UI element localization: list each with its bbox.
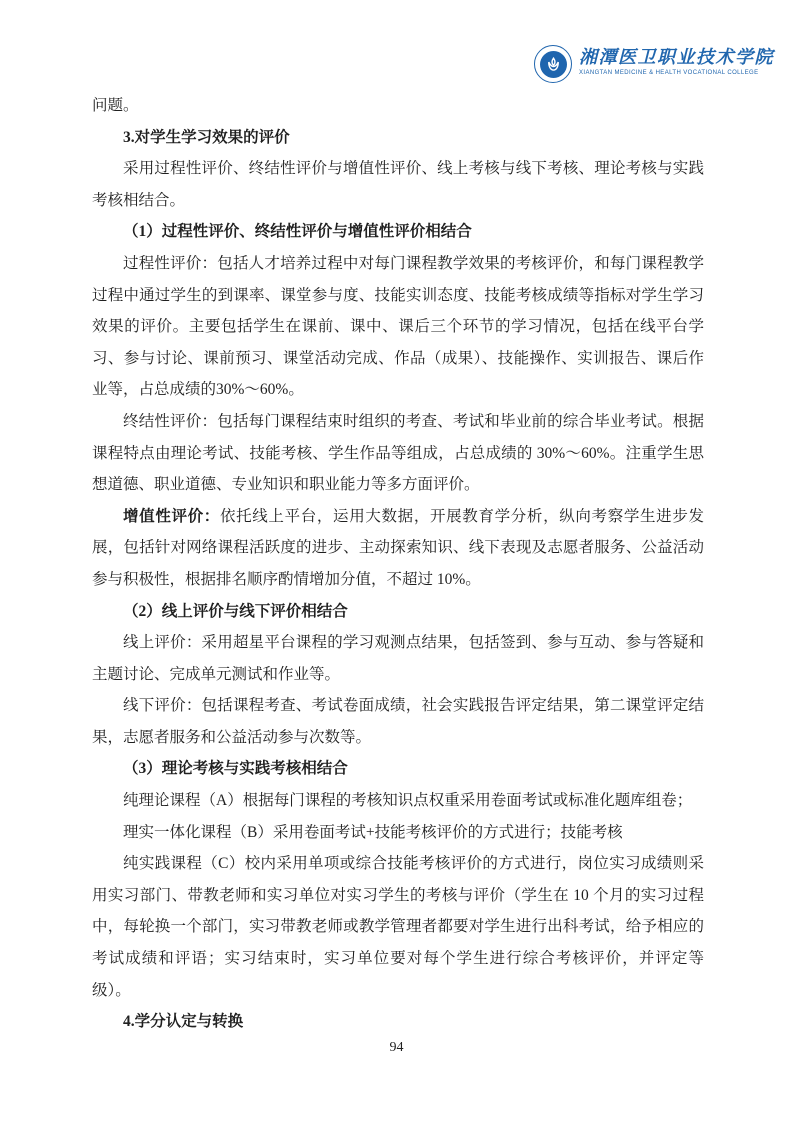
section-heading: （2）线上评价与线下评价相结合 — [92, 596, 704, 628]
page-footer: 94 — [0, 1038, 793, 1056]
college-logo: 湘潭医卫职业技术学院 XIANGTAN MEDICINE & HEALTH VO… — [534, 45, 774, 83]
paragraph: 采用过程性评价、终结性评价与增值性评价、线上考核与线下考核、理论考核与实践考核相… — [92, 153, 704, 216]
section-heading: （1）过程性评价、终结性评价与增值性评价相结合 — [92, 216, 704, 248]
college-name-block: 湘潭医卫职业技术学院 XIANGTAN MEDICINE & HEALTH VO… — [579, 45, 774, 77]
college-name-zh: 湘潭医卫职业技术学院 — [579, 45, 774, 69]
lotus-emblem-icon — [540, 51, 567, 78]
paragraph: 问题。 — [92, 90, 704, 122]
section-heading: 4.学分认定与转换 — [92, 1006, 704, 1038]
college-name-en: XIANGTAN MEDICINE & HEALTH VOCATIONAL CO… — [579, 69, 774, 77]
page-number: 94 — [390, 1040, 404, 1055]
paragraph: 过程性评价：包括人才培养过程中对每门课程教学效果的考核评价，和每门课程教学过程中… — [92, 248, 704, 406]
document-body: 问题。3.对学生学习效果的评价采用过程性评价、终结性评价与增值性评价、线上考核与… — [92, 90, 704, 1038]
paragraph: 纯实践课程（C）校内采用单项或综合技能考核评价的方式进行，岗位实习成绩则采用实习… — [92, 848, 704, 1006]
college-seal-icon — [534, 45, 572, 83]
paragraph: 线下评价：包括课程考查、考试卷面成绩，社会实践报告评定结果，第二课堂评定结果，志… — [92, 690, 704, 753]
paragraph: 理实一体化课程（B）采用卷面考试+技能考核评价的方式进行；技能考核 — [92, 817, 704, 849]
paragraph: 线上评价：采用超星平台课程的学习观测点结果，包括签到、参与互动、参与答疑和主题讨… — [92, 627, 704, 690]
paragraph-lead: 增值性评价： — [123, 508, 220, 525]
paragraph: 终结性评价：包括每门课程结束时组织的考查、考试和毕业前的综合毕业考试。根据课程特… — [92, 406, 704, 501]
paragraph: 增值性评价：依托线上平台，运用大数据，开展教育学分析，纵向考察学生进步发展，包括… — [92, 501, 704, 596]
section-heading: （3）理论考核与实践考核相结合 — [92, 753, 704, 785]
section-heading: 3.对学生学习效果的评价 — [92, 122, 704, 154]
paragraph: 纯理论课程（A）根据每门课程的考核知识点权重采用卷面考试或标准化题库组卷； — [92, 785, 704, 817]
